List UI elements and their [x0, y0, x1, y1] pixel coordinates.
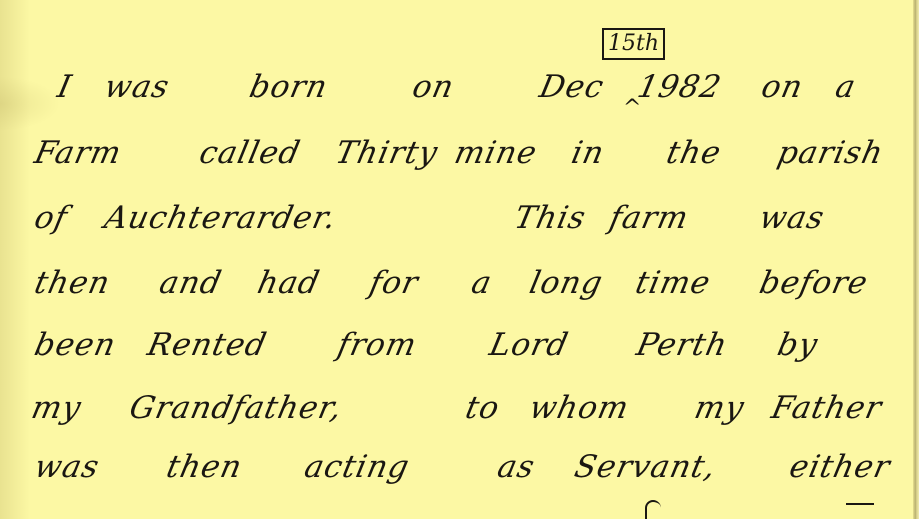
manuscript-line-6: my Grandfather, to whom my Father [0, 393, 919, 453]
word: whom [527, 393, 632, 424]
word: of [32, 203, 71, 234]
word: Dec [537, 72, 607, 103]
word: Father [769, 393, 885, 424]
word: Rented [145, 330, 270, 361]
word: Lord [487, 330, 572, 361]
word: I [55, 72, 75, 103]
word: Grandfather, [127, 393, 345, 424]
manuscript-page: 15th ^ I was born on Dec 1982 on a Farm … [0, 0, 919, 519]
word: was [757, 203, 828, 234]
manuscript-line-3: of Auchterarder. This farm was [0, 203, 919, 263]
word: a [469, 268, 495, 299]
cut-off-next-line-mark [846, 503, 874, 505]
word: the [664, 138, 724, 169]
manuscript-line-5: been Rented from Lord Perth by [0, 330, 919, 390]
word: either [787, 452, 893, 483]
word: mine [452, 138, 540, 169]
word: born [247, 72, 331, 103]
manuscript-line-4: then and had for a long time before [0, 268, 919, 328]
word: parish [775, 138, 887, 169]
word: time [633, 268, 714, 299]
word: a [833, 72, 859, 103]
word: This [512, 203, 589, 234]
word: Thirty [333, 138, 441, 169]
word: acting [302, 452, 413, 483]
word: had [255, 268, 323, 299]
word: my [692, 393, 748, 424]
date-insertion: 15th [602, 28, 665, 60]
word: in [569, 138, 607, 169]
word: and [157, 268, 225, 299]
manuscript-line-7: was then acting as Servant, either [0, 452, 919, 512]
word: called [197, 138, 303, 169]
word: as [495, 452, 538, 483]
word: was [102, 72, 173, 103]
manuscript-line-2: Farm called Thirty mine in the parish [0, 138, 919, 198]
word: then [164, 452, 245, 483]
word: 1982 [635, 72, 724, 103]
word: was [32, 452, 103, 483]
word: Auchterarder. [102, 203, 340, 234]
date-insertion-text: 15th [608, 31, 659, 56]
word: on [410, 72, 457, 103]
word: on [759, 72, 806, 103]
word: before [757, 268, 871, 299]
word: to [463, 393, 503, 424]
word: my [29, 393, 85, 424]
cut-off-next-line [645, 500, 661, 519]
word: Servant, [572, 452, 719, 483]
word: for [367, 268, 422, 299]
manuscript-line-1: I was born on Dec 1982 on a [0, 72, 919, 132]
word: by [775, 330, 821, 361]
word: been [32, 330, 119, 361]
word: then [32, 268, 113, 299]
word: farm [607, 203, 692, 234]
word: long [527, 268, 606, 299]
word: Farm [32, 138, 125, 169]
word: Perth [634, 330, 731, 361]
word: from [335, 330, 420, 361]
